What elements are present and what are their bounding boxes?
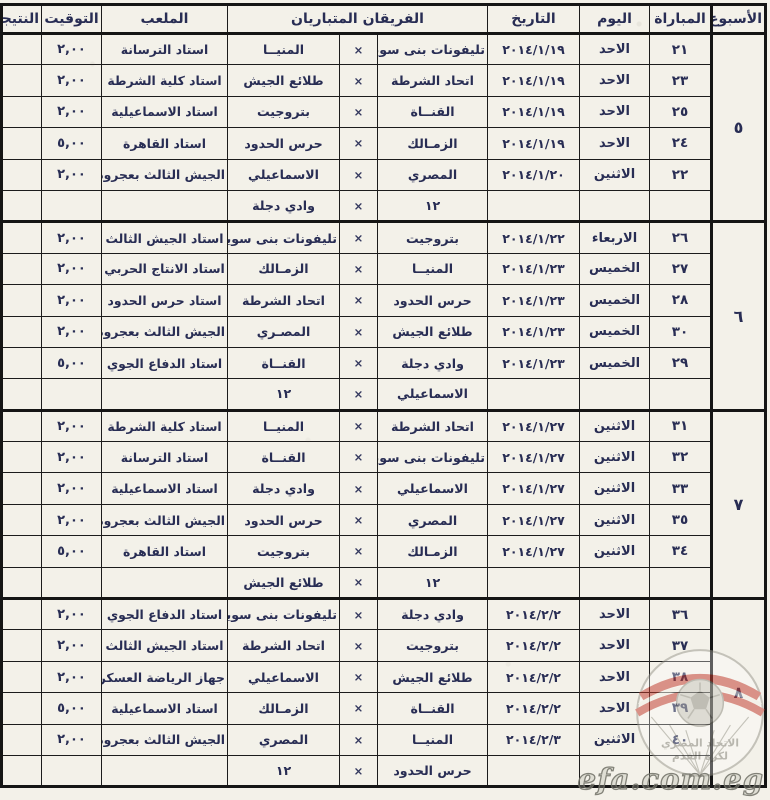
match-day: الخميس — [580, 316, 650, 347]
match-number: ٢٤ — [650, 128, 712, 159]
match-day: الاثنين — [580, 159, 650, 190]
match-row: ٨٣٦الاحد٢٠١٤/٢/٢وادي دجلة×تليفونات بنى س… — [2, 599, 766, 630]
stadium-name: الجيش الثالث بعجرود — [102, 724, 228, 755]
header-date: التاريخ — [488, 5, 580, 34]
team-right: ١٢ — [378, 190, 488, 221]
team-left: القنــاة — [228, 347, 340, 378]
match-result — [2, 661, 42, 692]
match-result — [2, 724, 42, 755]
vs-separator: × — [340, 661, 378, 692]
match-day: الاثنين — [580, 442, 650, 473]
match-number — [650, 755, 712, 786]
match-date: ٢٠١٤/١/٢٧ — [488, 473, 580, 504]
logo-org-name-line2: لكرة القدم — [672, 750, 728, 763]
match-row: ١٢×طلائع الجيش — [2, 567, 766, 598]
match-date: ٢٠١٤/٢/٢ — [488, 599, 580, 630]
match-number: ٢٧ — [650, 253, 712, 284]
vs-separator: × — [340, 504, 378, 535]
match-row: ٣٤الاثنين٢٠١٤/١/٢٧الزمـالك×بتروجيتاستاد … — [2, 536, 766, 567]
kickoff-time: ٢,٠٠ — [42, 34, 102, 65]
match-date: ٢٠١٤/١/١٩ — [488, 128, 580, 159]
stadium-name: استاد الترسانة — [102, 34, 228, 65]
match-number — [650, 190, 712, 221]
match-row: ٣٣الاثنين٢٠١٤/١/٢٧الاسماعيلي×وادي دجلةاس… — [2, 473, 766, 504]
match-row: ٤٠الاثنين٢٠١٤/٢/٣المنيــا×المصريالجيش ال… — [2, 724, 766, 755]
match-result — [2, 630, 42, 661]
match-number: ٢٨ — [650, 285, 712, 316]
vs-separator: × — [340, 473, 378, 504]
team-right: الزمـالك — [378, 536, 488, 567]
match-number: ٣٣ — [650, 473, 712, 504]
match-date: ٢٠١٤/٢/٢ — [488, 661, 580, 692]
kickoff-time — [42, 567, 102, 598]
team-right: القنــاة — [378, 693, 488, 724]
team-left: ١٢ — [228, 755, 340, 786]
match-row: ٣٩الاحد٢٠١٤/٢/٢القنــاة×الزمـالكاستاد ال… — [2, 693, 766, 724]
header-week: الأسبوع — [712, 5, 766, 34]
vs-separator: × — [340, 536, 378, 567]
match-date: ٢٠١٤/١/٢٧ — [488, 536, 580, 567]
match-day: الاحد — [580, 128, 650, 159]
kickoff-time: ٥,٠٠ — [42, 128, 102, 159]
vs-separator: × — [340, 128, 378, 159]
stadium-name: استاد الدفاع الجوي — [102, 599, 228, 630]
match-date: ٢٠١٤/١/٢٠ — [488, 159, 580, 190]
week-number: ٨ — [712, 599, 766, 787]
match-row: ٢٩الخميس٢٠١٤/١/٢٣وادي دجلة×القنــاةاستاد… — [2, 347, 766, 378]
match-day: الخميس — [580, 253, 650, 284]
team-left: المنيــا — [228, 34, 340, 65]
team-left: بتروجيت — [228, 536, 340, 567]
kickoff-time: ٢,٠٠ — [42, 96, 102, 127]
match-row: ٢٥الاحد٢٠١٤/١/١٩القنــاة×بتروجيتاستاد ال… — [2, 96, 766, 127]
team-right: طلائع الجيش — [378, 661, 488, 692]
header-teams: الفريقان المتباريان — [228, 5, 488, 34]
team-left: وادي دجلة — [228, 473, 340, 504]
match-day: الاثنين — [580, 724, 650, 755]
match-date: ٢٠١٤/٢/٢ — [488, 693, 580, 724]
team-left: القنــاة — [228, 442, 340, 473]
match-day: الاحد — [580, 34, 650, 65]
match-number: ٣٢ — [650, 442, 712, 473]
match-result — [2, 599, 42, 630]
kickoff-time: ٢,٠٠ — [42, 473, 102, 504]
vs-separator: × — [340, 316, 378, 347]
team-left: الزمـالك — [228, 253, 340, 284]
team-left: المنيــا — [228, 410, 340, 441]
kickoff-time — [42, 755, 102, 786]
team-right: بتروجيت — [378, 630, 488, 661]
kickoff-time: ٢,٠٠ — [42, 410, 102, 441]
match-row: ٦٢٦الاربعاء٢٠١٤/١/٢٢بتروجيت×تليفونات بنى… — [2, 222, 766, 253]
vs-separator: × — [340, 630, 378, 661]
vs-separator: × — [340, 222, 378, 253]
match-day: الاثنين — [580, 410, 650, 441]
vs-separator: × — [340, 285, 378, 316]
match-row: ٣٧الاحد٢٠١٤/٢/٢بتروجيت×اتحاد الشرطةاستاد… — [2, 630, 766, 661]
team-left: اتحاد الشرطة — [228, 285, 340, 316]
match-number: ٢١ — [650, 34, 712, 65]
vs-separator: × — [340, 190, 378, 221]
kickoff-time: ٢,٠٠ — [42, 661, 102, 692]
stadium-name: الجيش الثالث بعجرود — [102, 316, 228, 347]
kickoff-time: ٥,٠٠ — [42, 536, 102, 567]
match-day: الاثنين — [580, 536, 650, 567]
kickoff-time — [42, 379, 102, 410]
match-day — [580, 190, 650, 221]
stadium-name — [102, 755, 228, 786]
kickoff-time: ٢,٠٠ — [42, 442, 102, 473]
kickoff-time: ٢,٠٠ — [42, 504, 102, 535]
match-date: ٢٠١٤/١/٢٣ — [488, 347, 580, 378]
team-right: وادي دجلة — [378, 347, 488, 378]
team-right: بتروجيت — [378, 222, 488, 253]
vs-separator: × — [340, 253, 378, 284]
logo-org-name-line1: الاتحاد المصري — [661, 736, 739, 749]
team-left: طلائع الجيش — [228, 567, 340, 598]
match-number — [650, 379, 712, 410]
stadium-name: استاد الاسماعيلية — [102, 693, 228, 724]
fixtures-table: الأسبوع المباراة اليوم التاريخ الفريقان … — [0, 3, 767, 788]
header-stadium: الملعب — [102, 5, 228, 34]
kickoff-time: ٥,٠٠ — [42, 693, 102, 724]
team-right: حرس الحدود — [378, 755, 488, 786]
match-result — [2, 285, 42, 316]
week-number: ٧ — [712, 410, 766, 598]
match-row: ٥٢١الاحد٢٠١٤/١/١٩تليفونات بنى سويف×المني… — [2, 34, 766, 65]
team-left: تليفونات بنى سويف — [228, 222, 340, 253]
team-right: حرس الحدود — [378, 285, 488, 316]
team-right: المصري — [378, 159, 488, 190]
match-day — [580, 379, 650, 410]
match-row: ٢٣الاحد٢٠١٤/١/١٩اتحاد الشرطة×طلائع الجيش… — [2, 65, 766, 96]
stadium-name: استاد كلية الشرطة — [102, 410, 228, 441]
match-result — [2, 159, 42, 190]
match-result — [2, 410, 42, 441]
team-left: حرس الحدود — [228, 504, 340, 535]
header-day: اليوم — [580, 5, 650, 34]
match-number: ٢٢ — [650, 159, 712, 190]
team-left: حرس الحدود — [228, 128, 340, 159]
team-left: المصري — [228, 724, 340, 755]
vs-separator: × — [340, 724, 378, 755]
match-row: ٢٢الاثنين٢٠١٤/١/٢٠المصري×الاسماعيليالجيش… — [2, 159, 766, 190]
team-right: المنيــا — [378, 724, 488, 755]
stadium-name: استاد الانتاج الحربي — [102, 253, 228, 284]
team-left: الاسماعيلي — [228, 159, 340, 190]
header-result: النتيجة — [2, 5, 42, 34]
stadium-name: استاد الدفاع الجوي — [102, 347, 228, 378]
match-date — [488, 567, 580, 598]
kickoff-time: ٢,٠٠ — [42, 599, 102, 630]
vs-separator: × — [340, 34, 378, 65]
team-left: بتروجيت — [228, 96, 340, 127]
match-row: ٣٠الخميس٢٠١٤/١/٢٣طلائع الجيش×المصـريالجي… — [2, 316, 766, 347]
match-row: ١٢×وادي دجلة — [2, 190, 766, 221]
match-day: الاربعاء — [580, 222, 650, 253]
kickoff-time: ٥,٠٠ — [42, 347, 102, 378]
match-date: ٢٠١٤/١/١٩ — [488, 96, 580, 127]
stadium-name: استاد الاسماعيلية — [102, 96, 228, 127]
header-match: المباراة — [650, 5, 712, 34]
team-right: الزمـالك — [378, 128, 488, 159]
match-result — [2, 190, 42, 221]
team-right: طلائع الجيش — [378, 316, 488, 347]
match-result — [2, 567, 42, 598]
match-date: ٢٠١٤/١/٢٣ — [488, 285, 580, 316]
stadium-name: استاد كلية الشرطة — [102, 65, 228, 96]
match-date: ٢٠١٤/١/١٩ — [488, 65, 580, 96]
match-result — [2, 96, 42, 127]
kickoff-time — [42, 190, 102, 221]
match-result — [2, 536, 42, 567]
match-number: ٣٤ — [650, 536, 712, 567]
match-number: ٣٩ — [650, 693, 712, 724]
match-number: ٣١ — [650, 410, 712, 441]
stadium-name: استاد القاهرة — [102, 536, 228, 567]
stadium-name: استاد الجيش الثالث — [102, 630, 228, 661]
match-day: الاثنين — [580, 473, 650, 504]
vs-separator: × — [340, 442, 378, 473]
team-right: تليفونات بنى سويف — [378, 442, 488, 473]
team-right: القنــاة — [378, 96, 488, 127]
match-number: ٣٨ — [650, 661, 712, 692]
match-number: ٣٦ — [650, 599, 712, 630]
team-left: تليفونات بنى سويف — [228, 599, 340, 630]
vs-separator: × — [340, 755, 378, 786]
kickoff-time: ٢,٠٠ — [42, 65, 102, 96]
match-row: ٣٨الاحد٢٠١٤/٢/٢طلائع الجيش×الاسماعيليجها… — [2, 661, 766, 692]
team-right: وادي دجلة — [378, 599, 488, 630]
stadium-name: الجيش الثالث بعجرود — [102, 159, 228, 190]
stadium-name: الجيش الثالث بعجرود — [102, 504, 228, 535]
match-result — [2, 34, 42, 65]
match-day: الاحد — [580, 630, 650, 661]
match-date: ٢٠١٤/١/٢٣ — [488, 316, 580, 347]
team-right: الاسماعيلي — [378, 473, 488, 504]
vs-separator: × — [340, 379, 378, 410]
vs-separator: × — [340, 567, 378, 598]
match-result — [2, 379, 42, 410]
match-day: الاحد — [580, 96, 650, 127]
vs-separator: × — [340, 347, 378, 378]
team-right: اتحاد الشرطة — [378, 410, 488, 441]
team-right: تليفونات بنى سويف — [378, 34, 488, 65]
match-number: ٣٥ — [650, 504, 712, 535]
kickoff-time: ٢,٠٠ — [42, 253, 102, 284]
match-result — [2, 693, 42, 724]
team-left: الاسماعيلي — [228, 661, 340, 692]
match-day: الاحد — [580, 599, 650, 630]
stadium-name: استاد القاهرة — [102, 128, 228, 159]
header-time: التوقيت — [42, 5, 102, 34]
kickoff-time: ٢,٠٠ — [42, 316, 102, 347]
match-result — [2, 316, 42, 347]
match-date: ٢٠١٤/١/٢٧ — [488, 410, 580, 441]
match-result — [2, 253, 42, 284]
match-row: ٢٨الخميس٢٠١٤/١/٢٣حرس الحدود×اتحاد الشرطة… — [2, 285, 766, 316]
stadium-name: استاد الترسانة — [102, 442, 228, 473]
week-number: ٦ — [712, 222, 766, 410]
match-number: ٣٧ — [650, 630, 712, 661]
match-row: ٧٣١الاثنين٢٠١٤/١/٢٧اتحاد الشرطة×المنيــا… — [2, 410, 766, 441]
week-number: ٥ — [712, 34, 766, 222]
stadium-name — [102, 379, 228, 410]
match-day: الاحد — [580, 661, 650, 692]
kickoff-time: ٢,٠٠ — [42, 285, 102, 316]
team-right: ١٢ — [378, 567, 488, 598]
stadium-name: استاد الجيش الثالث — [102, 222, 228, 253]
match-number: ٢٩ — [650, 347, 712, 378]
match-day: الخميس — [580, 347, 650, 378]
team-left: طلائع الجيش — [228, 65, 340, 96]
vs-separator: × — [340, 159, 378, 190]
team-right: اتحاد الشرطة — [378, 65, 488, 96]
stadium-name — [102, 567, 228, 598]
match-number — [650, 567, 712, 598]
match-date: ٢٠١٤/٢/٣ — [488, 724, 580, 755]
match-day: الاحد — [580, 65, 650, 96]
match-number: ٤٠ — [650, 724, 712, 755]
match-number: ٢٦ — [650, 222, 712, 253]
match-date — [488, 190, 580, 221]
match-date: ٢٠١٤/١/١٩ — [488, 34, 580, 65]
match-number: ٢٥ — [650, 96, 712, 127]
match-date: ٢٠١٤/١/٢٣ — [488, 253, 580, 284]
match-result — [2, 347, 42, 378]
match-result — [2, 442, 42, 473]
team-right: المنيــا — [378, 253, 488, 284]
team-left: اتحاد الشرطة — [228, 630, 340, 661]
schedule-body: ٥٢١الاحد٢٠١٤/١/١٩تليفونات بنى سويف×المني… — [2, 34, 766, 787]
match-row: الاسماعيلي×١٢ — [2, 379, 766, 410]
match-result — [2, 65, 42, 96]
team-right: الاسماعيلي — [378, 379, 488, 410]
kickoff-time: ٢,٠٠ — [42, 159, 102, 190]
match-date — [488, 379, 580, 410]
match-row: ٢٤الاحد٢٠١٤/١/١٩الزمـالك×حرس الحدوداستاد… — [2, 128, 766, 159]
stadium-name: استاد حرس الحدود — [102, 285, 228, 316]
kickoff-time: ٢,٠٠ — [42, 724, 102, 755]
stadium-name: استاد الاسماعيلية — [102, 473, 228, 504]
match-date — [488, 755, 580, 786]
match-result — [2, 222, 42, 253]
match-result — [2, 128, 42, 159]
team-left: الزمـالك — [228, 693, 340, 724]
stadium-name — [102, 190, 228, 221]
match-day: الاثنين — [580, 504, 650, 535]
vs-separator: × — [340, 410, 378, 441]
match-date: ٢٠١٤/١/٢٧ — [488, 504, 580, 535]
match-result — [2, 755, 42, 786]
match-row: ٣٢الاثنين٢٠١٤/١/٢٧تليفونات بنى سويف×القن… — [2, 442, 766, 473]
kickoff-time: ٢,٠٠ — [42, 630, 102, 661]
kickoff-time: ٢,٠٠ — [42, 222, 102, 253]
match-number: ٢٣ — [650, 65, 712, 96]
match-date: ٢٠١٤/٢/٢ — [488, 630, 580, 661]
match-row: حرس الحدود×١٢ — [2, 755, 766, 786]
team-left: المصـري — [228, 316, 340, 347]
watermark-site-url: efa.com.eg — [578, 762, 764, 796]
match-result — [2, 504, 42, 535]
match-day — [580, 567, 650, 598]
match-day: الاحد — [580, 693, 650, 724]
table-header-row: الأسبوع المباراة اليوم التاريخ الفريقان … — [2, 5, 766, 34]
stadium-name: جهاز الرياضة العسكرى — [102, 661, 228, 692]
vs-separator: × — [340, 96, 378, 127]
match-day: الخميس — [580, 285, 650, 316]
vs-separator: × — [340, 693, 378, 724]
match-number: ٣٠ — [650, 316, 712, 347]
vs-separator: × — [340, 599, 378, 630]
team-left: وادي دجلة — [228, 190, 340, 221]
efa-federation-logo-icon: الاتحاد المصري لكرة القدم — [620, 642, 770, 794]
match-date: ٢٠١٤/١/٢٢ — [488, 222, 580, 253]
scanned-page: الأسبوع المباراة اليوم التاريخ الفريقان … — [0, 0, 770, 800]
match-row: ٢٧الخميس٢٠١٤/١/٢٣المنيــا×الزمـالكاستاد … — [2, 253, 766, 284]
match-date: ٢٠١٤/١/٢٧ — [488, 442, 580, 473]
match-result — [2, 473, 42, 504]
vs-separator: × — [340, 65, 378, 96]
match-day — [580, 755, 650, 786]
team-left: ١٢ — [228, 379, 340, 410]
match-row: ٣٥الاثنين٢٠١٤/١/٢٧المصري×حرس الحدودالجيش… — [2, 504, 766, 535]
team-right: المصري — [378, 504, 488, 535]
